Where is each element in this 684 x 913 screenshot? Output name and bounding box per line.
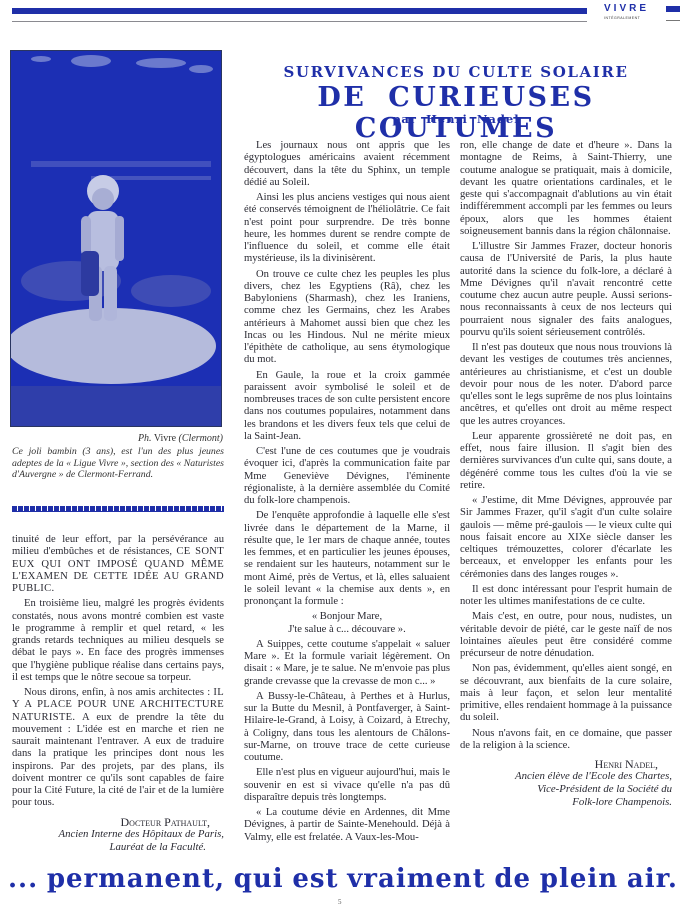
author-title: Folk-lore Champenois. [460, 796, 672, 809]
footer-word: qui [234, 864, 284, 894]
masthead-brand: VIVRE INTÉGRALEMENT [596, 3, 682, 29]
paragraph: En troisième lieu, malgré les progrès év… [12, 598, 224, 684]
photo-caption: Ce joli bambin (3 ans), est l'un des plu… [12, 446, 224, 481]
paragraph: Il est donc intéressant pour l'esprit hu… [460, 584, 672, 609]
masthead-rule [12, 21, 587, 22]
footer-word: air. [627, 864, 678, 894]
author-signature: Docteur Pathault, [12, 816, 224, 828]
footer-word: ... [8, 864, 38, 894]
footer-slogan: ... permanent, qui est vraiment de plein… [8, 864, 678, 894]
photo-illustration [11, 51, 221, 426]
author-signature: Henri Nadel, [460, 758, 672, 770]
author-title: Ancien élève de l'Ecole des Chartes, [460, 770, 672, 783]
footer-word: de [494, 864, 531, 894]
credit-prefix: Ph. [138, 433, 152, 444]
paragraph: Les journaux nous ont appris que les égy… [244, 140, 450, 189]
paragraph: De l'enquête approfondie à laquelle elle… [244, 510, 450, 608]
masthead-bar [12, 8, 587, 14]
paragraph: L'illustre Sir Jammes Frazer, docteur ho… [460, 241, 672, 339]
paragraph: Mais c'est, en outre, pour nous, nudiste… [460, 611, 672, 660]
verse-line: J'te salue à c... découvare ». [244, 624, 450, 636]
paragraph-text: A eux de prendre la tête du mouvement : … [12, 712, 224, 809]
author-title: Ancien Interne des Hôpitaux de Paris, [12, 828, 224, 841]
child-photo [10, 50, 222, 427]
article-byline: par Henri Nadel [228, 112, 684, 126]
paragraph-text: Nous dirons, enfin, à nos amis architect… [24, 687, 210, 698]
paragraph: On trouve ce culte chez les peuples les … [244, 269, 450, 367]
paragraph: A Suippes, cette coutume s'appelait « sa… [244, 639, 450, 688]
author-title: Vice-Président de la Société du [460, 783, 672, 796]
paragraph: ron, elle change de date et d'heure ». D… [460, 140, 672, 238]
paragraph: « J'estime, dit Mme Dévignes, approuvée … [460, 495, 672, 581]
article-kicker: SURVIVANCES DU CULTE SOLAIRE [228, 63, 684, 81]
footer-word: vraiment [347, 864, 486, 894]
author-title: Lauréat de la Faculté. [12, 841, 224, 854]
footer-word: permanent, [47, 864, 225, 894]
brand-name: VIVRE [604, 3, 649, 14]
credit-name: Vivre [154, 433, 176, 444]
page-number: 5 [338, 898, 342, 906]
paragraph: En Gaule, la roue et la croix gammée par… [244, 370, 450, 444]
photo-credit: Ph. Vivre (Clermont) [10, 433, 223, 444]
paragraph: A Bussy-le-Château, à Perthes et à Hurlu… [244, 691, 450, 765]
paragraph: Il n'est pas douteux que nous nous trouv… [460, 342, 672, 428]
paragraph: Non pas, évidemment, qu'elles aient song… [460, 663, 672, 724]
paragraph: C'est l'une de ces coutumes que je voudr… [244, 446, 450, 507]
paragraph: Leur apparente grossièreté ne doit pas, … [460, 431, 672, 492]
paragraph: Nous n'avons fait, en ce domaine, que pa… [460, 728, 672, 753]
verse-line: « Bonjour Mare, [244, 611, 450, 623]
credit-place: (Clermont) [179, 433, 223, 444]
brand-subline-decoration [666, 20, 680, 21]
footer-word: est [292, 864, 338, 894]
section-divider [12, 506, 224, 512]
brand-block-decoration [666, 6, 680, 12]
paragraph: Nous dirons, enfin, à nos amis architect… [12, 687, 224, 810]
article-column-2: Les journaux nous ont appris que les égy… [244, 140, 450, 847]
paragraph: Elle n'est plus en vigueur aujourd'hui, … [244, 767, 450, 804]
article-column-3: ron, elle change de date et d'heure ». D… [460, 140, 672, 809]
footer-word: plein [540, 864, 618, 894]
paragraph: tinuité de leur effort, par la persévéra… [12, 534, 224, 595]
paragraph: « La coutume dévie en Ardennes, dit Mme … [244, 807, 450, 844]
paragraph: Ainsi les plus anciens vestiges qui nous… [244, 192, 450, 266]
brand-subtitle: INTÉGRALEMENT [604, 16, 640, 20]
previous-article-column: tinuité de leur effort, par la persévéra… [12, 534, 224, 854]
